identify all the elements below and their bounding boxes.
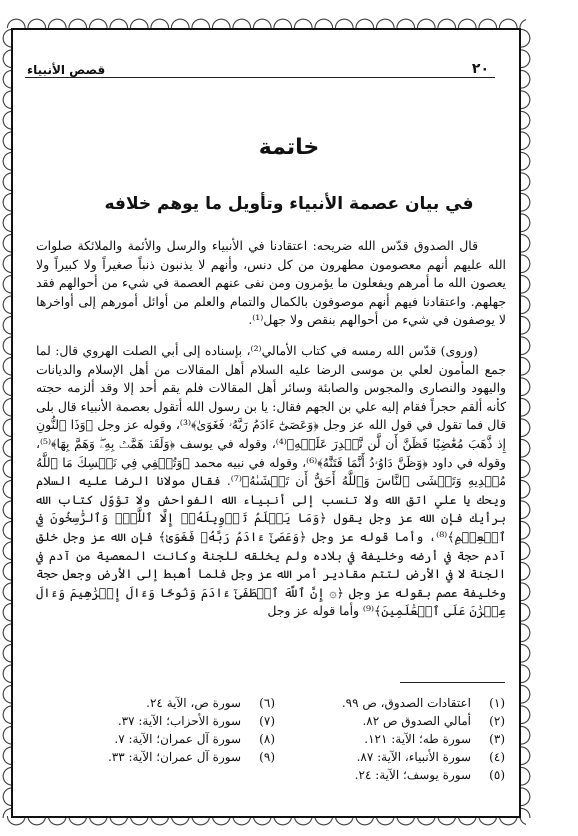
footnote-text: سورة الأنبياء، الآية: ٨٧. bbox=[357, 748, 471, 766]
footnote-text: سورة آل عمران؛ الآية: ٣٣. bbox=[108, 748, 241, 766]
footnote: (٤) سورة الأنبياء، الآية: ٨٧. bbox=[300, 748, 505, 766]
footnote-number: (٦) bbox=[253, 694, 275, 712]
footnote: (٢) أمالي الصدوق ص ٨٢. bbox=[300, 712, 505, 730]
page-number: ٢٠ bbox=[472, 61, 495, 77]
footnote-number: (٣) bbox=[483, 730, 505, 748]
footnote: (١) اعتقادات الصدوق، ص ٩٩. bbox=[300, 694, 505, 712]
running-head: ٢٠ قصص الأنبياء bbox=[25, 57, 495, 78]
footnote-number: (٨) bbox=[253, 730, 275, 748]
chapter-subtitle: في بيان عصمة الأنبياء وتأويل ما يوهم خلا… bbox=[0, 194, 578, 214]
decorative-border-top bbox=[6, 14, 526, 28]
footnote-text: سورة آل عمران؛ الآية: ٧. bbox=[114, 730, 241, 748]
footnotes-right-column: (١) اعتقادات الصدوق، ص ٩٩. (٢) أمالي الص… bbox=[300, 694, 505, 784]
footnote: (٧) سورة الأحزاب؛ الآية: ٣٧. bbox=[90, 712, 275, 730]
footnotes-left-column: (٦) سورة ص، الآية ٢٤. (٧) سورة الأحزاب؛ … bbox=[90, 694, 275, 766]
footnote-text: سورة يوسف؛ الآية: ٢٤. bbox=[355, 766, 471, 784]
footnote-divider bbox=[400, 682, 505, 683]
footnote-number: (١) bbox=[483, 694, 505, 712]
decorative-border-bottom bbox=[6, 816, 526, 830]
book-title: قصص الأنبياء bbox=[25, 63, 105, 77]
footnote-text: أمالي الصدوق ص ٨٢. bbox=[362, 712, 471, 730]
paragraph: قال الصدوق قدّس الله ضريحه: اعتقادنا في … bbox=[36, 237, 506, 330]
footnote: (٦) سورة ص، الآية ٢٤. bbox=[90, 694, 275, 712]
footnote-text: سورة الأحزاب؛ الآية: ٣٧. bbox=[118, 712, 241, 730]
footnote-text: سورة طه؛ الآية: ١٢١. bbox=[364, 730, 471, 748]
footnote-number: (٤) bbox=[483, 748, 505, 766]
paragraph: (وروى) قدّس الله رمسه في كتاب الأمالي⁽²⁾… bbox=[36, 342, 506, 621]
body-text: قال الصدوق قدّس الله ضريحه: اعتقادنا في … bbox=[36, 237, 506, 621]
footnote-number: (٩) bbox=[253, 748, 275, 766]
footnote: (٥) سورة يوسف؛ الآية: ٢٤. bbox=[300, 766, 505, 784]
chapter-title: خاتمة bbox=[0, 135, 578, 160]
footnote: (٨) سورة آل عمران؛ الآية: ٧. bbox=[90, 730, 275, 748]
footnote-text: سورة ص، الآية ٢٤. bbox=[146, 694, 241, 712]
footnote-number: (٥) bbox=[483, 766, 505, 784]
footnote-number: (٧) bbox=[253, 712, 275, 730]
footnote: (٩) سورة آل عمران؛ الآية: ٣٣. bbox=[90, 748, 275, 766]
footnote-text: اعتقادات الصدوق، ص ٩٩. bbox=[342, 694, 471, 712]
footnote: (٣) سورة طه؛ الآية: ١٢١. bbox=[300, 730, 505, 748]
footnote-number: (٢) bbox=[483, 712, 505, 730]
